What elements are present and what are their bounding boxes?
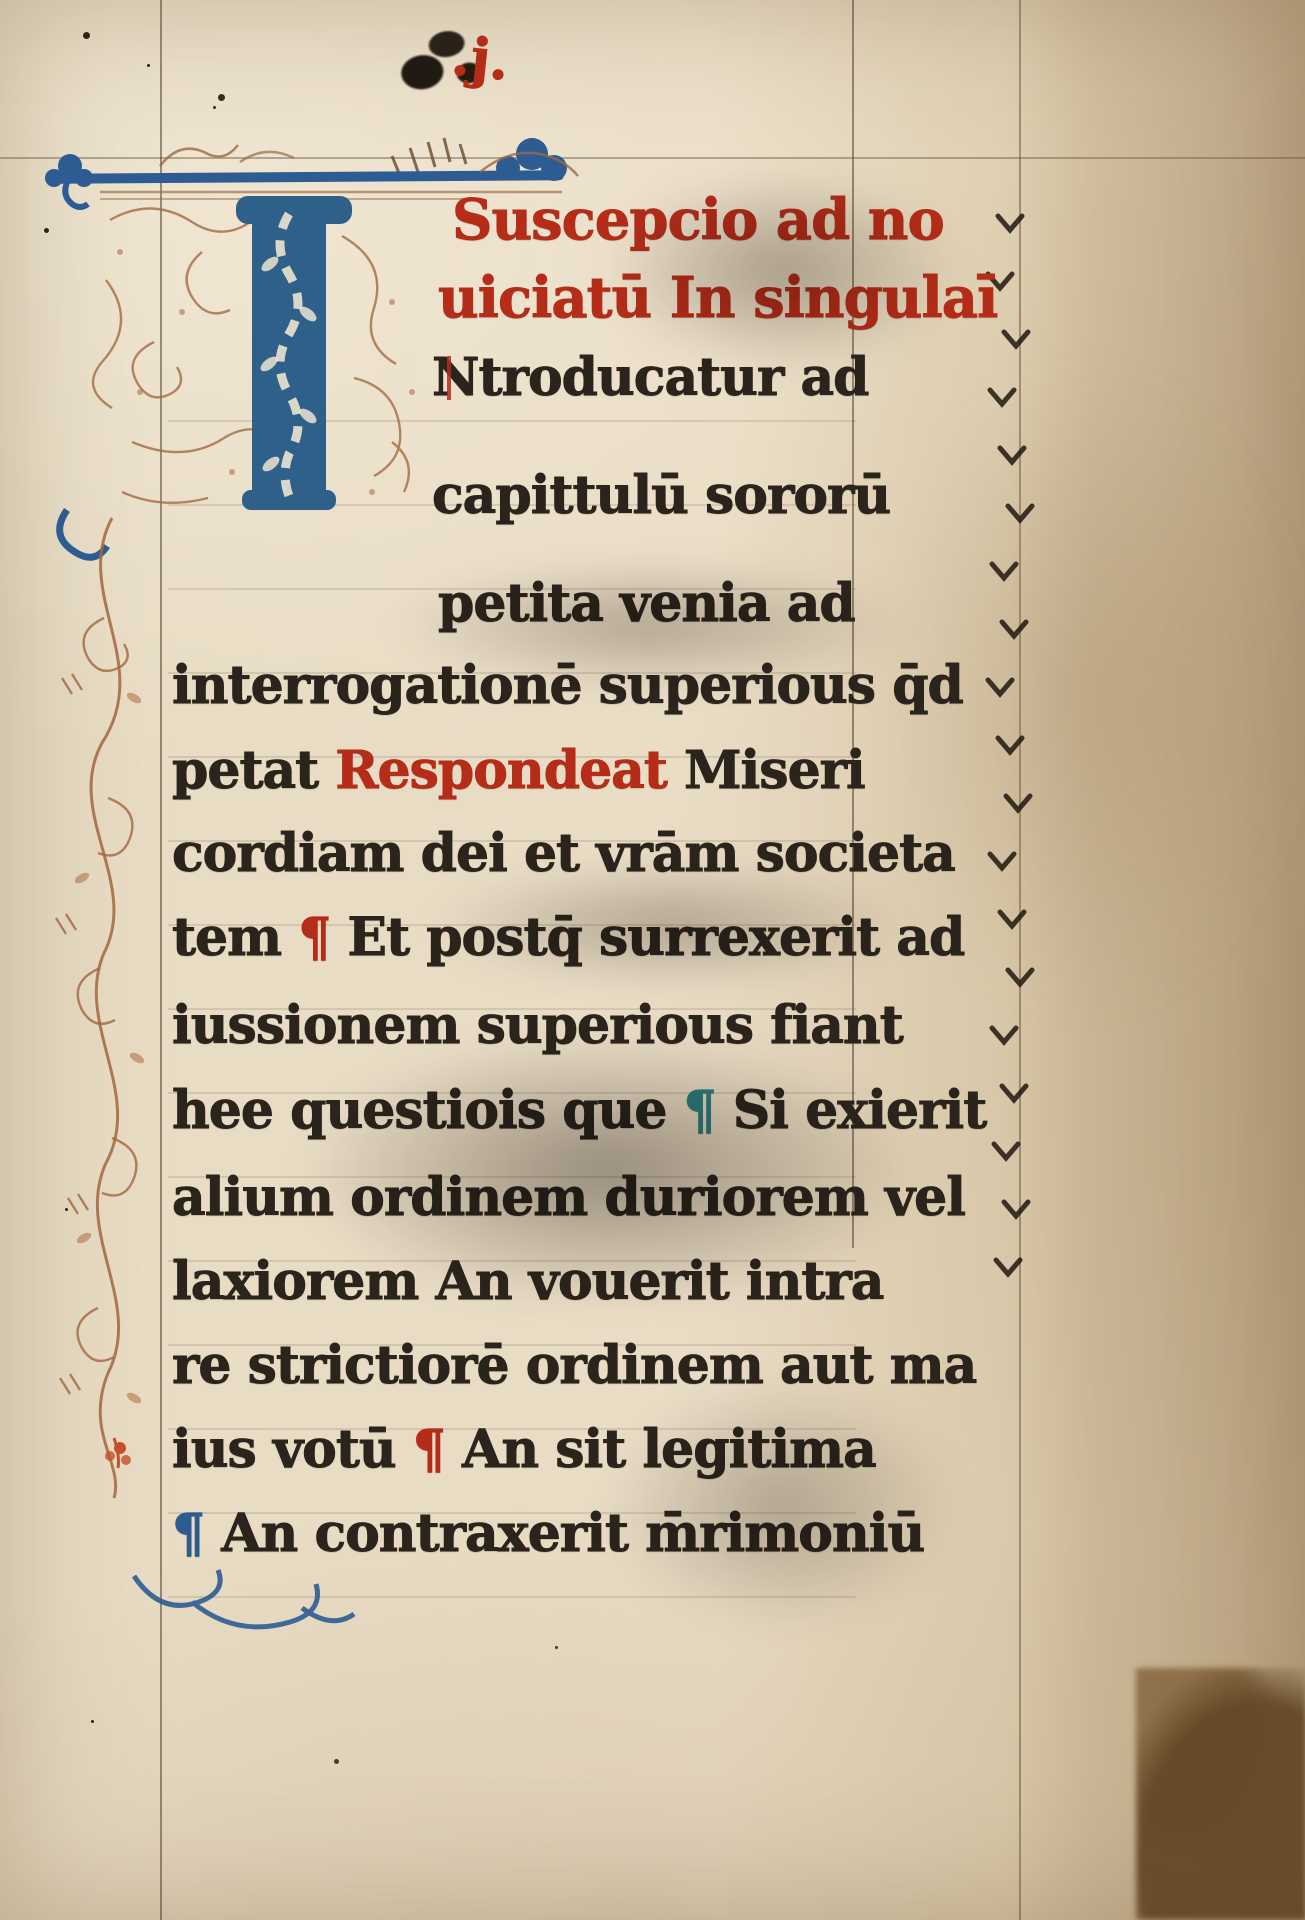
aged-right-edge: [1005, 0, 1305, 1920]
left-margin-vine: [42, 498, 192, 1510]
rubric-line-2: uiciatū In singulaī: [438, 270, 997, 326]
left-trefoil-finial: [45, 154, 93, 207]
text-line-4: capittulū sororū: [432, 470, 890, 522]
text-line-11: hee questiois que ¶ Si exierit: [172, 1085, 986, 1137]
line-11-paraph-mark: ¶: [684, 1080, 716, 1141]
line-3-initial-n: N: [432, 347, 479, 408]
folio-mark: .j.: [449, 23, 513, 93]
text-line-5: petita venia ad: [438, 578, 855, 630]
line-9-paraph-mark: ¶: [298, 907, 330, 968]
text-line-6: interrogationē superious q̄d: [172, 660, 963, 712]
blue-leaf-accent: [60, 510, 107, 557]
line-15-text-1: ius votū: [172, 1419, 413, 1480]
line-15-paraph-mark: ¶: [413, 1419, 445, 1480]
line-11-text-2: Si exierit: [716, 1080, 987, 1141]
text-line-13: laxiorem An vouerit intra: [172, 1256, 883, 1308]
line-16-text: An contraxerit m̄rimoniū: [204, 1503, 924, 1564]
illuminated-initial: [92, 192, 444, 524]
red-bloom: [105, 1438, 131, 1468]
penwork-flourishes: [93, 208, 409, 502]
text-line-3: Ntroducatur ad: [432, 352, 869, 404]
rubric-line-1: Suscepcio ad no: [452, 192, 944, 248]
text-line-8: cordiam dei et vrām societa: [172, 828, 955, 880]
text-line-7: petat Respondeat Miseri: [172, 745, 865, 797]
text-line-9: tem ¶ Et postq̄ surrexerit ad: [172, 912, 964, 964]
text-line-14: re strictiorē ordinem aut ma: [172, 1340, 976, 1392]
text-line-16: ¶ An contraxerit m̄rimoniū: [172, 1508, 924, 1560]
line-7-rubric-word: Respondeat: [335, 740, 667, 801]
line-11-text-1: hee questiois que: [172, 1080, 684, 1141]
stain-bottom-right: [1136, 1668, 1305, 1920]
blue-paraph-flourish: [122, 1568, 452, 1648]
line-3-text: troducatur ad: [479, 347, 869, 408]
line-15-text-2: An sit legitima: [445, 1419, 876, 1480]
text-line-10: iussionem superious fiant: [172, 1000, 903, 1052]
text-line-12: alium ordinem duriorem vel: [172, 1172, 965, 1224]
line-7-text-2: Miseri: [667, 740, 865, 801]
edge-stitch-marks: [980, 210, 1050, 1315]
line-16-paraph-mark: ¶: [172, 1503, 204, 1564]
manuscript-page: .j.: [0, 0, 1305, 1920]
line-9-text-2: Et postq̄ surrexerit ad: [330, 907, 964, 968]
line-9-text-1: tem: [172, 907, 298, 968]
initial-letter-I: [236, 196, 352, 510]
line-7-text-1: petat: [172, 740, 335, 801]
text-line-15: ius votū ¶ An sit legitima: [172, 1424, 876, 1476]
ink-specks: [83, 32, 90, 39]
